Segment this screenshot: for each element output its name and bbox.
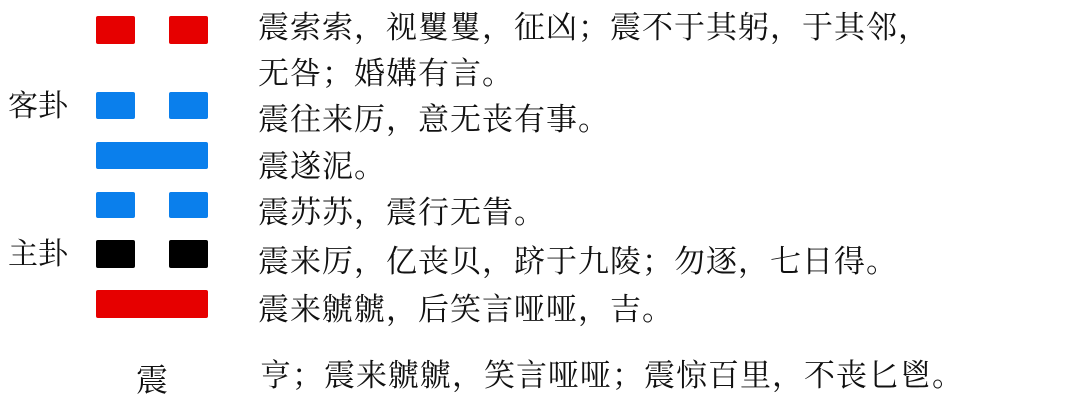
- line-5-right-segment: [169, 92, 208, 119]
- upper-trigram-label: 客卦: [8, 92, 68, 122]
- line-5-text: 震往来厉，意无丧有事。: [258, 105, 610, 136]
- line-4-text: 震遂泥。: [258, 152, 386, 183]
- line-3-right-segment: [169, 192, 208, 218]
- line-1-text: 震来虩虩，后笑言哑哑，吉。: [258, 295, 674, 326]
- line-4-solid-segment: [96, 142, 208, 169]
- line-6-left-segment: [96, 16, 135, 44]
- line-6-text: 震索索，视矍矍，征凶；震不于其躬，于其邻，: [258, 13, 930, 44]
- line-1-solid-segment: [96, 290, 208, 318]
- line-2-right-segment: [169, 240, 208, 268]
- hexagram-name: 震: [136, 364, 168, 396]
- hexagram-judgement: 亨；震来虩虩，笑言哑哑；震惊百里，不丧匕鬯。: [260, 361, 964, 392]
- line-5-left-segment: [96, 92, 135, 119]
- line-2-left-segment: [96, 240, 135, 268]
- line-3-left-segment: [96, 192, 135, 218]
- line-6-right-segment: [169, 16, 208, 44]
- lower-trigram-label: 主卦: [8, 240, 68, 270]
- line-3-text: 震苏苏，震行无眚。: [258, 198, 546, 229]
- line-2-text: 震来厉，亿丧贝，跻于九陵；勿逐，七日得。: [258, 247, 898, 278]
- line-6-text-continued: 无咎；婚媾有言。: [258, 59, 514, 90]
